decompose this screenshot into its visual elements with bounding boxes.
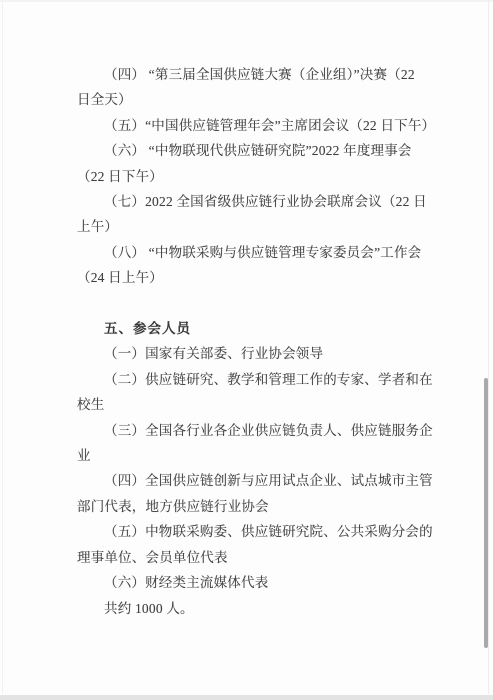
- text-line: （七）2022 全国省级供应链行业协会联席会议（22 日: [77, 189, 457, 214]
- text-line: （六） “中物联现代供应链研究院”2022 年度理事会: [77, 138, 457, 163]
- text-line: 上午）: [77, 214, 457, 239]
- text-line: （六）财经类主流媒体代表: [77, 570, 457, 595]
- text-line: （二）供应链研究、教学和管理工作的专家、学者和在: [77, 367, 457, 392]
- text-line: （五）“中国供应链管理年会”主席团会议（22 日下午）: [77, 113, 457, 138]
- text-line: 部门代表，地方供应链行业协会: [77, 494, 457, 519]
- text-line: （一）国家有关部委、行业协会领导: [77, 341, 457, 366]
- page-bottom-edge: [0, 695, 493, 700]
- text-line: （八） “中物联采购与供应链管理专家委员会”工作会: [77, 240, 457, 265]
- text-line: （四）全国供应链创新与应用试点企业、试点城市主管: [77, 468, 457, 493]
- text-line: （三）全国各行业各企业供应链负责人、供应链服务企: [77, 418, 457, 443]
- document-lines: （四） “第三届全国供应链大赛（企业组）”决赛（22日全天）（五）“中国供应链管…: [77, 62, 457, 621]
- text-line: （24 日上午）: [77, 265, 457, 290]
- page-right-edge: [488, 0, 489, 694]
- text-line: 校生: [77, 392, 457, 417]
- text-line: （四） “第三届全国供应链大赛（企业组）”决赛（22: [77, 62, 457, 87]
- text-line: （五）中物联采购委、供应链研究院、公共采购分会的: [77, 519, 457, 544]
- page-top-edge: [0, 0, 493, 2]
- page-left-edge: [2, 0, 3, 694]
- text-line: 业: [77, 443, 457, 468]
- document-page: （四） “第三届全国供应链大赛（企业组）”决赛（22日全天）（五）“中国供应链管…: [0, 0, 493, 700]
- scrollbar-thumb[interactable]: [484, 378, 488, 648]
- text-line: 理事单位、会员单位代表: [77, 545, 457, 570]
- text-line: （22 日下午）: [77, 164, 457, 189]
- text-line: 日全天）: [77, 87, 457, 112]
- section-heading: 五、参会人员: [77, 316, 457, 341]
- text-line: 共约 1000 人。: [77, 596, 457, 621]
